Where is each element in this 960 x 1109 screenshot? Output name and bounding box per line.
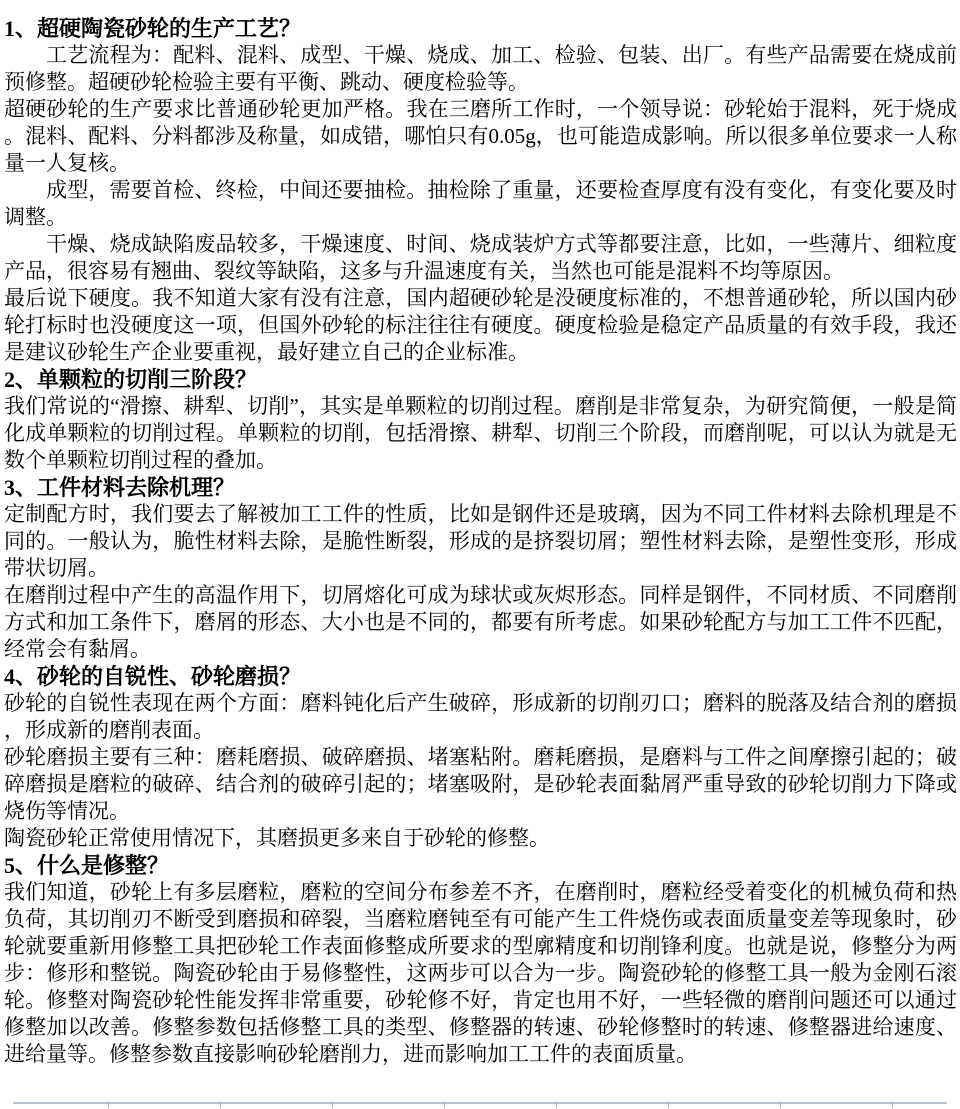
table-column-divider — [332, 1102, 333, 1108]
table-column-divider — [556, 1102, 557, 1108]
section-heading: 4、砂轮的自锐性、砂轮磨损？ — [4, 663, 957, 690]
table-column-divider — [668, 1102, 669, 1108]
paragraph: 我们知道，砂轮上有多层磨粒，磨粒的空间分布参差不齐，在磨削时，磨粒经受着变化的机… — [4, 879, 957, 1068]
paragraph: 成型，需要首检、终检，中间还要抽检。抽检除了重量，还要检查厚度有没有变化，有变化… — [4, 177, 957, 231]
table-top-border — [13, 1102, 947, 1104]
table-column-divider — [444, 1102, 445, 1108]
section-heading: 3、工件材料去除机理？ — [4, 474, 957, 501]
paragraph: 最后说下硬度。我不知道大家有没有注意，国内超硬砂轮是没硬度标准的，不想普通砂轮，… — [4, 285, 957, 366]
table-column-divider — [108, 1102, 109, 1108]
paragraph: 工艺流程为：配料、混料、成型、干燥、烧成、加工、检验、包装、出厂。有些产品需要在… — [4, 42, 957, 96]
document-body: 1、超硬陶瓷砂轮的生产工艺？工艺流程为：配料、混料、成型、干燥、烧成、加工、检验… — [4, 15, 957, 1068]
document-page: 1、超硬陶瓷砂轮的生产工艺？工艺流程为：配料、混料、成型、干燥、烧成、加工、检验… — [0, 0, 960, 1068]
paragraph: 砂轮的自锐性表现在两个方面：磨料钝化后产生破碎，形成新的切削刃口；磨料的脱落及结… — [4, 690, 957, 744]
paragraph: 我们常说的“滑擦、耕犁、切削”，其实是单颗粒的切削过程。磨削是非常复杂，为研究简… — [4, 393, 957, 474]
paragraph: 超硬砂轮的生产要求比普通砂轮更加严格。我在三磨所工作时，一个领导说：砂轮始于混料… — [4, 96, 957, 177]
paragraph: 干燥、烧成缺陷废品较多，干燥速度、时间、烧成装炉方式等都要注意，比如，一些薄片、… — [4, 231, 957, 285]
paragraph: 陶瓷砂轮正常使用情况下，其磨损更多来自于砂轮的修整。 — [4, 825, 957, 852]
table-column-divider — [220, 1102, 221, 1108]
paragraph: 定制配方时，我们要去了解被加工工件的性质，比如是钢件还是玻璃，因为不同工件材料去… — [4, 501, 957, 582]
section-heading: 2、单颗粒的切削三阶段？ — [4, 366, 957, 393]
table-column-divider — [892, 1102, 893, 1108]
bottom-table-fragment — [0, 1102, 960, 1109]
table-column-divider — [780, 1102, 781, 1108]
section-heading: 1、超硬陶瓷砂轮的生产工艺？ — [4, 15, 957, 42]
paragraph: 在磨削过程中产生的高温作用下，切屑熔化可成为球状或灰烬形态。同样是钢件，不同材质… — [4, 582, 957, 663]
section-heading: 5、什么是修整？ — [4, 852, 957, 879]
paragraph: 砂轮磨损主要有三种：磨耗磨损、破碎磨损、堵塞粘附。磨耗磨损，是磨料与工件之间摩擦… — [4, 744, 957, 825]
